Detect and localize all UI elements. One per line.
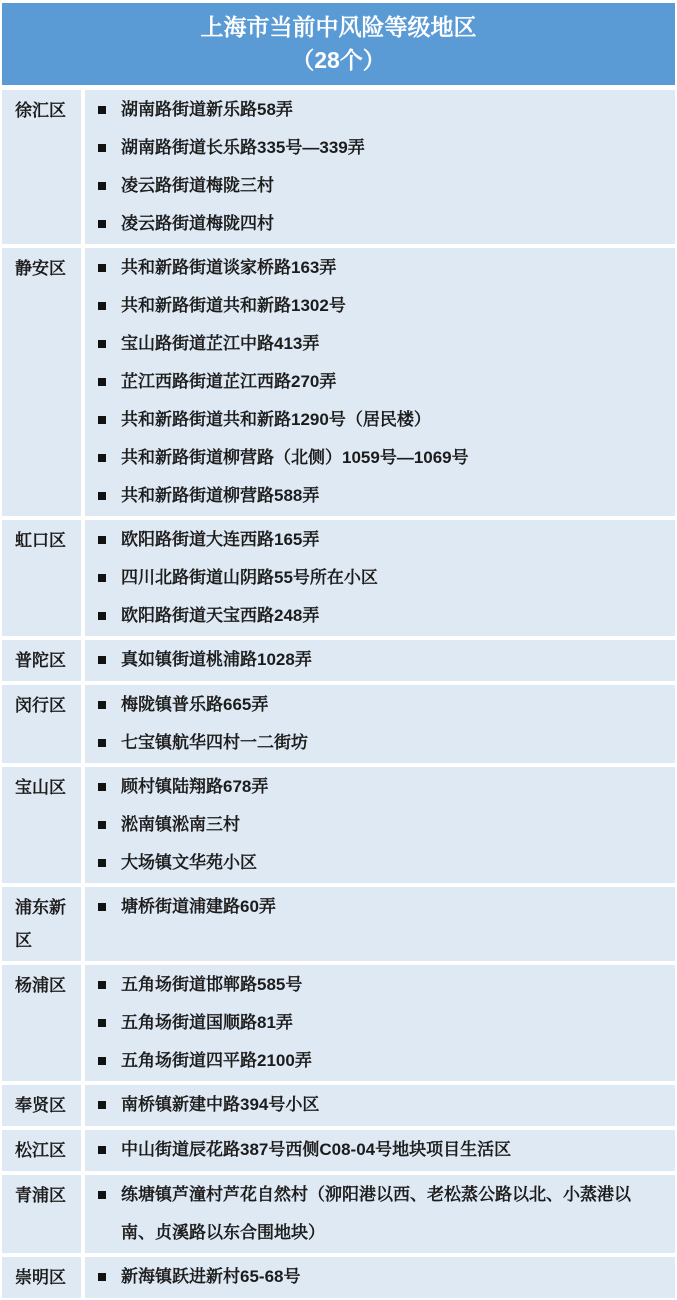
square-bullet-icon: [98, 536, 106, 544]
area-text: 湖南路街道长乐路335号—339弄: [121, 129, 661, 167]
district-row: 徐汇区湖南路街道新乐路58弄湖南路街道长乐路335号—339弄凌云路街道梅陇三村…: [2, 90, 675, 244]
area-text: 凌云路街道梅陇三村: [121, 167, 661, 205]
area-item: 湖南路街道长乐路335号—339弄: [97, 129, 661, 167]
area-item: 大场镇文华苑小区: [97, 844, 661, 882]
area-text: 芷江西路街道芷江西路270弄: [121, 363, 661, 401]
area-item: 塘桥街道浦建路60弄: [97, 888, 661, 926]
square-bullet-icon: [98, 106, 106, 114]
area-item: 共和新路街道柳营路（北侧）1059号—1069号: [97, 439, 661, 477]
area-list: 塘桥街道浦建路60弄: [85, 887, 675, 961]
square-bullet-icon: [98, 656, 106, 664]
district-name: 闵行区: [2, 685, 81, 763]
area-text: 真如镇街道桃浦路1028弄: [121, 641, 661, 679]
poster-title: 上海市当前中风险等级地区 （28个）: [2, 3, 675, 85]
area-text: 共和新路街道共和新路1290号（居民楼）: [121, 401, 661, 439]
area-item: 共和新路街道柳营路588弄: [97, 477, 661, 515]
area-text: 共和新路街道柳营路（北侧）1059号—1069号: [121, 439, 661, 477]
district-row: 普陀区真如镇街道桃浦路1028弄: [2, 640, 675, 681]
square-bullet-icon: [98, 454, 106, 462]
square-bullet-icon: [98, 981, 106, 989]
square-bullet-icon: [98, 1146, 106, 1154]
area-text: 湖南路街道新乐路58弄: [121, 91, 661, 129]
area-item: 凌云路街道梅陇四村: [97, 205, 661, 243]
district-row: 虹口区欧阳路街道大连西路165弄四川北路街道山阴路55号所在小区欧阳路街道天宝西…: [2, 520, 675, 636]
district-row: 崇明区新海镇跃进新村65-68号: [2, 1257, 675, 1298]
area-item: 宝山路街道芷江中路413弄: [97, 325, 661, 363]
area-text: 新海镇跃进新村65-68号: [121, 1258, 661, 1296]
square-bullet-icon: [98, 302, 106, 310]
area-text: 共和新路街道共和新路1302号: [121, 287, 661, 325]
square-bullet-icon: [98, 859, 106, 867]
district-row: 松江区中山街道辰花路387号西侧C08-04号地块项目生活区: [2, 1130, 675, 1171]
area-text: 四川北路街道山阴路55号所在小区: [121, 559, 661, 597]
square-bullet-icon: [98, 220, 106, 228]
area-item: 五角场街道四平路2100弄: [97, 1042, 661, 1080]
area-text: 五角场街道国顺路81弄: [121, 1004, 661, 1042]
area-list: 南桥镇新建中路394号小区: [85, 1085, 675, 1126]
square-bullet-icon: [98, 1191, 106, 1199]
district-name: 普陀区: [2, 640, 81, 681]
square-bullet-icon: [98, 340, 106, 348]
square-bullet-icon: [98, 739, 106, 747]
area-text: 梅陇镇普乐路665弄: [121, 686, 661, 724]
square-bullet-icon: [98, 264, 106, 272]
district-name: 浦东新区: [2, 887, 81, 961]
square-bullet-icon: [98, 783, 106, 791]
area-text: 共和新路街道柳营路588弄: [121, 477, 661, 515]
district-name: 宝山区: [2, 767, 81, 883]
area-item: 共和新路街道共和新路1290号（居民楼）: [97, 401, 661, 439]
square-bullet-icon: [98, 378, 106, 386]
area-text: 南桥镇新建中路394号小区: [121, 1086, 661, 1124]
area-text: 大场镇文华苑小区: [121, 844, 661, 882]
square-bullet-icon: [98, 821, 106, 829]
square-bullet-icon: [98, 182, 106, 190]
area-item: 梅陇镇普乐路665弄: [97, 686, 661, 724]
square-bullet-icon: [98, 1019, 106, 1027]
area-text: 欧阳路街道大连西路165弄: [121, 521, 661, 559]
district-name: 崇明区: [2, 1257, 81, 1298]
district-name: 虹口区: [2, 520, 81, 636]
poster-title-line2: （28个）: [12, 44, 665, 77]
area-item: 湖南路街道新乐路58弄: [97, 91, 661, 129]
area-text: 淞南镇淞南三村: [121, 806, 661, 844]
district-row: 浦东新区塘桥街道浦建路60弄: [2, 887, 675, 961]
area-item: 共和新路街道共和新路1302号: [97, 287, 661, 325]
area-list: 练塘镇芦潼村芦花自然村（泖阳港以西、老松蒸公路以北、小蒸港以南、贞溪路以东合围地…: [85, 1175, 675, 1253]
area-item: 凌云路街道梅陇三村: [97, 167, 661, 205]
square-bullet-icon: [98, 1101, 106, 1109]
area-item: 顾村镇陆翔路678弄: [97, 768, 661, 806]
area-list: 湖南路街道新乐路58弄湖南路街道长乐路335号—339弄凌云路街道梅陇三村凌云路…: [85, 90, 675, 244]
area-list: 梅陇镇普乐路665弄七宝镇航华四村一二街坊: [85, 685, 675, 763]
square-bullet-icon: [98, 492, 106, 500]
area-list: 新海镇跃进新村65-68号: [85, 1257, 675, 1298]
district-name: 奉贤区: [2, 1085, 81, 1126]
area-item: 欧阳路街道天宝西路248弄: [97, 597, 661, 635]
square-bullet-icon: [98, 574, 106, 582]
square-bullet-icon: [98, 416, 106, 424]
district-name: 松江区: [2, 1130, 81, 1171]
area-text: 七宝镇航华四村一二街坊: [121, 724, 661, 762]
area-text: 顾村镇陆翔路678弄: [121, 768, 661, 806]
area-item: 南桥镇新建中路394号小区: [97, 1086, 661, 1124]
area-item: 真如镇街道桃浦路1028弄: [97, 641, 661, 679]
area-text: 中山街道辰花路387号西侧C08-04号地块项目生活区: [121, 1131, 661, 1169]
square-bullet-icon: [98, 1057, 106, 1065]
area-text: 塘桥街道浦建路60弄: [121, 888, 661, 926]
area-item: 欧阳路街道大连西路165弄: [97, 521, 661, 559]
area-item: 七宝镇航华四村一二街坊: [97, 724, 661, 762]
area-text: 练塘镇芦潼村芦花自然村（泖阳港以西、老松蒸公路以北、小蒸港以南、贞溪路以东合围地…: [121, 1176, 661, 1252]
area-item: 五角场街道邯郸路585号: [97, 966, 661, 1004]
district-row: 宝山区顾村镇陆翔路678弄淞南镇淞南三村大场镇文华苑小区: [2, 767, 675, 883]
square-bullet-icon: [98, 903, 106, 911]
area-item: 新海镇跃进新村65-68号: [97, 1258, 661, 1296]
district-name: 青浦区: [2, 1175, 81, 1253]
square-bullet-icon: [98, 144, 106, 152]
area-item: 五角场街道国顺路81弄: [97, 1004, 661, 1042]
area-list: 真如镇街道桃浦路1028弄: [85, 640, 675, 681]
area-text: 五角场街道邯郸路585号: [121, 966, 661, 1004]
area-list: 中山街道辰花路387号西侧C08-04号地块项目生活区: [85, 1130, 675, 1171]
district-row: 闵行区梅陇镇普乐路665弄七宝镇航华四村一二街坊: [2, 685, 675, 763]
area-item: 四川北路街道山阴路55号所在小区: [97, 559, 661, 597]
area-text: 宝山路街道芷江中路413弄: [121, 325, 661, 363]
area-item: 中山街道辰花路387号西侧C08-04号地块项目生活区: [97, 1131, 661, 1169]
area-text: 凌云路街道梅陇四村: [121, 205, 661, 243]
area-list: 顾村镇陆翔路678弄淞南镇淞南三村大场镇文华苑小区: [85, 767, 675, 883]
area-list: 欧阳路街道大连西路165弄四川北路街道山阴路55号所在小区欧阳路街道天宝西路24…: [85, 520, 675, 636]
district-row: 奉贤区南桥镇新建中路394号小区: [2, 1085, 675, 1126]
district-row: 静安区共和新路街道谈家桥路163弄共和新路街道共和新路1302号宝山路街道芷江中…: [2, 248, 675, 516]
square-bullet-icon: [98, 612, 106, 620]
district-row: 杨浦区五角场街道邯郸路585号五角场街道国顺路81弄五角场街道四平路2100弄: [2, 965, 675, 1081]
square-bullet-icon: [98, 701, 106, 709]
area-item: 共和新路街道谈家桥路163弄: [97, 249, 661, 287]
district-name: 杨浦区: [2, 965, 81, 1081]
risk-table: 徐汇区湖南路街道新乐路58弄湖南路街道长乐路335号—339弄凌云路街道梅陇三村…: [2, 90, 675, 1298]
district-name: 静安区: [2, 248, 81, 516]
area-text: 欧阳路街道天宝西路248弄: [121, 597, 661, 635]
risk-area-poster: 上海市当前中风险等级地区 （28个） 徐汇区湖南路街道新乐路58弄湖南路街道长乐…: [0, 0, 677, 1300]
area-list: 共和新路街道谈家桥路163弄共和新路街道共和新路1302号宝山路街道芷江中路41…: [85, 248, 675, 516]
area-item: 淞南镇淞南三村: [97, 806, 661, 844]
poster-title-line1: 上海市当前中风险等级地区: [12, 11, 665, 44]
square-bullet-icon: [98, 1273, 106, 1281]
district-name: 徐汇区: [2, 90, 81, 244]
area-text: 五角场街道四平路2100弄: [121, 1042, 661, 1080]
district-row: 青浦区练塘镇芦潼村芦花自然村（泖阳港以西、老松蒸公路以北、小蒸港以南、贞溪路以东…: [2, 1175, 675, 1253]
area-item: 练塘镇芦潼村芦花自然村（泖阳港以西、老松蒸公路以北、小蒸港以南、贞溪路以东合围地…: [97, 1176, 661, 1252]
area-text: 共和新路街道谈家桥路163弄: [121, 249, 661, 287]
area-list: 五角场街道邯郸路585号五角场街道国顺路81弄五角场街道四平路2100弄: [85, 965, 675, 1081]
area-item: 芷江西路街道芷江西路270弄: [97, 363, 661, 401]
